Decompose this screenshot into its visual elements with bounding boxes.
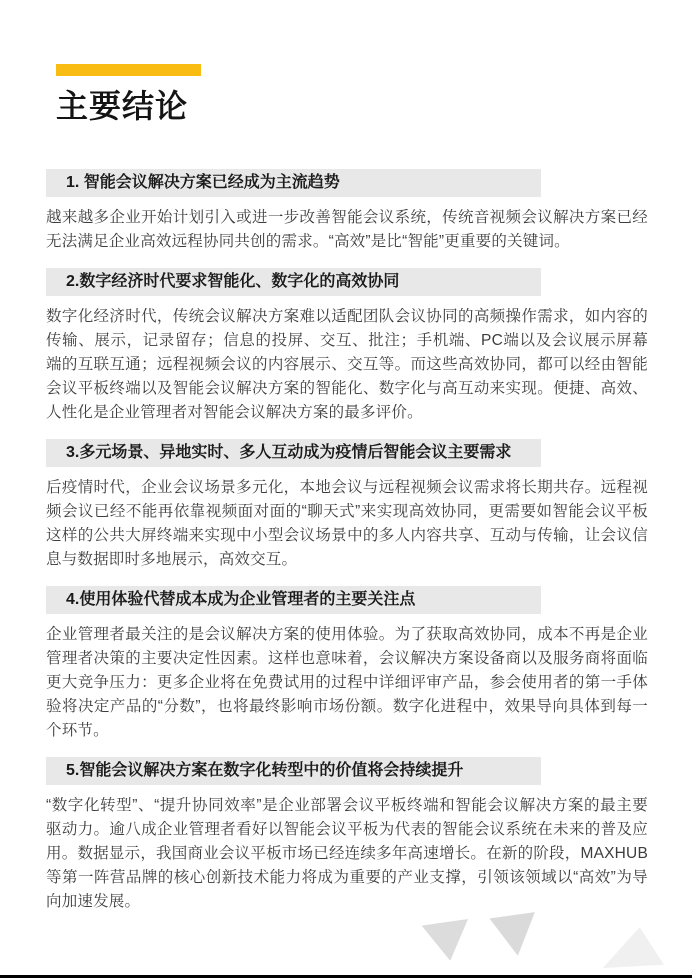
section-heading-bar: 1. 智能会议解决方案已经成为主流趋势 xyxy=(46,169,541,197)
title-block: 主要结论 xyxy=(56,64,648,125)
title-accent-bar xyxy=(56,64,201,76)
section-conclusion-2: 2.数字经济时代要求智能化、数字化的高效协同 数字化经济时代，传统会议解决方案难… xyxy=(46,268,648,425)
section-body: 越来越多企业开始计划引入或进一步改善智能会议系统，传统音视频会议解决方案已经无法… xyxy=(46,206,648,254)
section-heading: 4.使用体验代替成本成为企业管理者的主要关注点 xyxy=(66,591,415,608)
section-conclusion-1: 1. 智能会议解决方案已经成为主流趋势 越来越多企业开始计划引入或进一步改善智能… xyxy=(46,169,648,254)
page-content: 主要结论 1. 智能会议解决方案已经成为主流趋势 越来越多企业开始计划引入或进一… xyxy=(46,64,648,928)
section-body: 后疫情时代，企业会议场景多元化，本地会议与远程视频会议需求将长期共存。远程视频会… xyxy=(46,476,648,572)
section-conclusion-3: 3.多元场景、异地实时、多人互动成为疫情后智能会议主要需求 后疫情时代，企业会议… xyxy=(46,439,648,572)
section-body: “数字化转型”、“提升协同效率”是企业部署会议平板终端和智能会议解决方案的最主要… xyxy=(46,794,648,914)
section-heading: 2.数字经济时代要求智能化、数字化的高效协同 xyxy=(66,273,399,290)
section-conclusion-5: 5.智能会议解决方案在数字化转型中的价值将会持续提升 “数字化转型”、“提升协同… xyxy=(46,757,648,914)
section-heading-bar: 2.数字经济时代要求智能化、数字化的高效协同 xyxy=(46,268,541,296)
section-heading-bar: 3.多元场景、异地实时、多人互动成为疫情后智能会议主要需求 xyxy=(46,439,541,467)
decor-triangle-3 xyxy=(603,923,669,978)
report-page: 主要结论 1. 智能会议解决方案已经成为主流趋势 越来越多企业开始计划引入或进一… xyxy=(0,0,692,978)
section-conclusion-4: 4.使用体验代替成本成为企业管理者的主要关注点 企业管理者最关注的是会议解决方案… xyxy=(46,586,648,743)
page-title: 主要结论 xyxy=(56,87,648,125)
section-body: 数字化经济时代，传统会议解决方案难以适配团队会议协同的高频操作需求，如内容的传输… xyxy=(46,305,648,425)
section-heading: 1. 智能会议解决方案已经成为主流趋势 xyxy=(66,174,340,191)
section-heading-bar: 5.智能会议解决方案在数字化转型中的价值将会持续提升 xyxy=(46,757,541,785)
section-heading: 5.智能会议解决方案在数字化转型中的价值将会持续提升 xyxy=(66,762,463,779)
section-heading: 3.多元场景、异地实时、多人互动成为疫情后智能会议主要需求 xyxy=(66,444,511,461)
section-heading-bar: 4.使用体验代替成本成为企业管理者的主要关注点 xyxy=(46,586,541,614)
section-body: 企业管理者最关注的是会议解决方案的使用体验。为了获取高效协同，成本不再是企业管理… xyxy=(46,623,648,743)
